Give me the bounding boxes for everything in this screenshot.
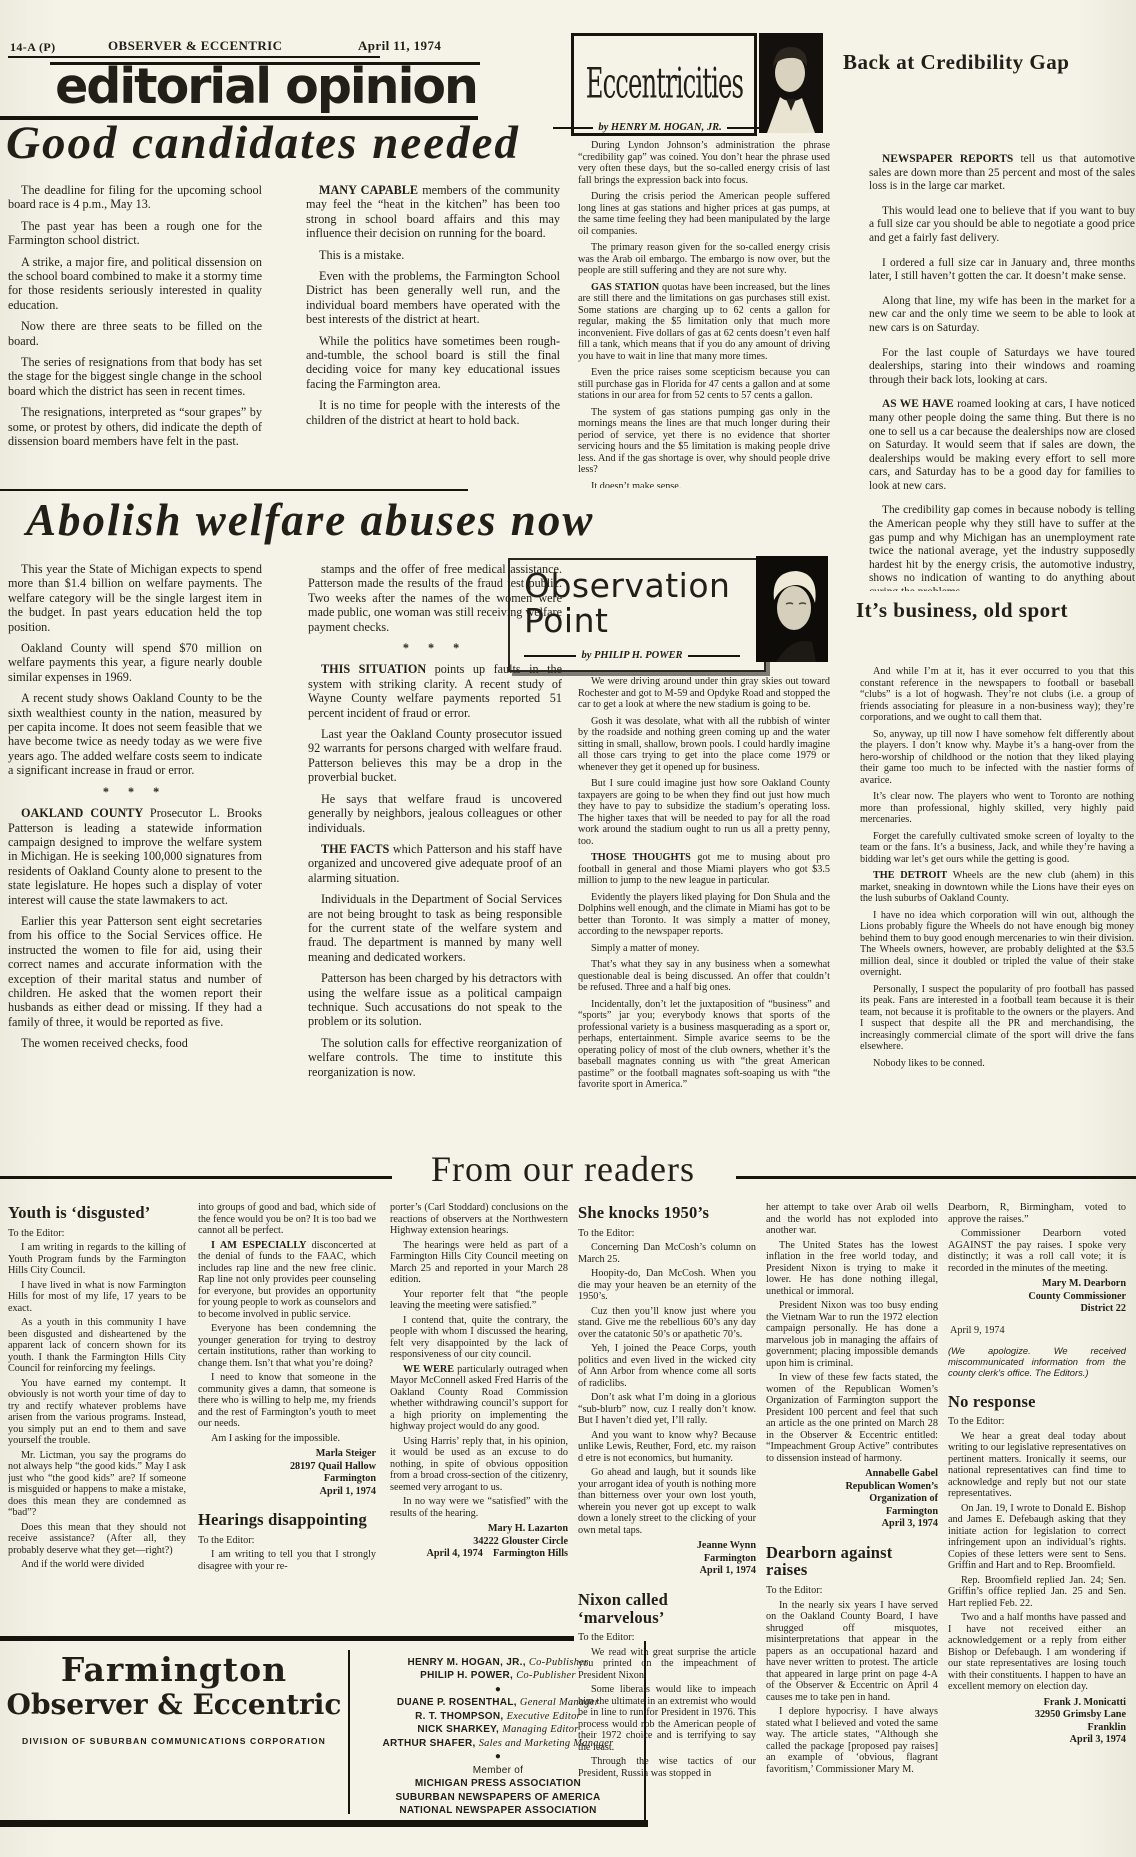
- masthead-logo-line1: Farmington: [6, 1652, 342, 1688]
- paragraph: Two and a half months have passed and I …: [948, 1612, 1126, 1693]
- paragraph: On Jan. 19, I wrote to Donald E. Bishop …: [948, 1503, 1126, 1572]
- letter-body: her attempt to take over Arab oil wells …: [766, 1202, 938, 1464]
- signature-line: Annabelle Gabel: [766, 1468, 938, 1480]
- paragraph: Rep. Broomfield replied Jan. 24; Sen. Gr…: [948, 1575, 1126, 1610]
- signature-line: Jeanne Wynn: [578, 1540, 756, 1552]
- eccentricities-logo-text: Eccentricities: [585, 60, 742, 108]
- paragraph: Cuz then you’ll know just where you stan…: [578, 1306, 756, 1341]
- letter-body: into groups of good and bad, which side …: [198, 1202, 376, 1444]
- masthead-division-line: DIVISION OF SUBURBAN COMMUNICATIONS CORP…: [6, 1736, 342, 1746]
- paragraph: I am writing in regards to the killing o…: [8, 1242, 186, 1277]
- paragraph: He says that welfare fraud is uncovered …: [308, 792, 562, 835]
- paragraph: Earlier this year Patterson sent eight s…: [8, 914, 262, 1029]
- paragraph: To the Editor:: [198, 1535, 376, 1547]
- paragraph: That’s what they say in any business whe…: [578, 959, 830, 994]
- signature-line: Farmington: [578, 1553, 756, 1565]
- paragraph: It doesn’t make sense.: [578, 481, 830, 489]
- signature-line: District 22: [948, 1303, 1126, 1315]
- letters-column-2: into groups of good and bad, which side …: [198, 1202, 376, 1632]
- paragraph: During the crisis period the American pe…: [578, 191, 830, 237]
- paragraph: THE DETROIT Wheels are the new club (ahe…: [860, 870, 1134, 905]
- editorial-headline-welfare: Abolish welfare abuses now: [26, 494, 594, 546]
- letter-title-fifties: She knocks 1950’s: [578, 1204, 756, 1222]
- paragraph: To the Editor:: [8, 1228, 186, 1240]
- paragraph: NEWSPAPER REPORTS tell us that automotiv…: [869, 153, 1135, 194]
- newspaper-page: 14-A (P) OBSERVER & ECCENTRIC April 11, …: [0, 0, 1136, 1857]
- signature-line: 32950 Grimsby Lane: [948, 1709, 1126, 1721]
- paragraph: MANY CAPABLE members of the community ma…: [306, 183, 560, 241]
- letter-body: To the Editor:Concerning Dan McCosh’s co…: [578, 1228, 756, 1537]
- letter-body: To the Editor:We hear a great deal today…: [948, 1416, 1126, 1693]
- letter-body: To the Editor:I am writing in regards to…: [8, 1228, 186, 1571]
- page-number: 14-A (P): [10, 40, 56, 55]
- paragraph: During Lyndon Johnson’s administration t…: [578, 140, 830, 186]
- portrait-illustration: [759, 33, 823, 133]
- paragraph: Gosh it was desolate, what with all the …: [578, 716, 830, 774]
- paragraph: NATIONAL NEWSPAPER ASSOCIATION: [356, 1805, 640, 1816]
- paragraph: ●: [356, 1751, 640, 1762]
- letter-title-youth: Youth is ‘disgusted’: [8, 1204, 186, 1222]
- paragraph: Oakland County will spend $70 million on…: [8, 641, 262, 684]
- paragraph: Last year the Oakland County prosecutor …: [308, 727, 562, 785]
- observation-logo-line1: Observation: [524, 568, 764, 603]
- paragraph: To the Editor:: [578, 1632, 756, 1644]
- paragraph: This is a mistake.: [306, 248, 560, 262]
- paragraph: SUBURBAN NEWSPAPERS OF AMERICA: [356, 1792, 640, 1803]
- paragraph: You have earned my contempt. It obviousl…: [8, 1378, 186, 1447]
- paragraph: Commissioner Dearborn voted AGAINST the …: [948, 1228, 1126, 1274]
- paragraph: To the Editor:: [578, 1228, 756, 1240]
- paragraph: Using Harris’ reply that, in his opinion…: [390, 1436, 568, 1494]
- paragraph: While the politics have sometimes been r…: [306, 334, 560, 392]
- paragraph: Dearborn, R, Birmingham, voted to approv…: [948, 1202, 1126, 1225]
- paragraph: Now there are three seats to be filled o…: [8, 319, 262, 348]
- paragraph: HENRY M. HOGAN, JR., Co-Publisher: [356, 1657, 640, 1668]
- paragraph: ARTHUR SHAFER, Sales and Marketing Manag…: [356, 1738, 640, 1749]
- paragraph: The women received checks, food: [8, 1036, 262, 1050]
- paragraph: GAS STATION quotas have been increased, …: [578, 282, 830, 363]
- paragraph: R. T. THOMPSON, Executive Editor: [356, 1711, 640, 1722]
- paragraph: The deadline for filing for the upcoming…: [8, 183, 262, 212]
- byline-rule: [688, 655, 740, 657]
- observation-column-1: We were driving around under thin gray s…: [578, 676, 830, 1106]
- good-candidates-column-2: MANY CAPABLE members of the community ma…: [306, 183, 560, 481]
- paragraph: her attempt to take over Arab oil wells …: [766, 1202, 938, 1237]
- signature-line: Franklin: [948, 1722, 1126, 1734]
- paragraph: In no way were we “satisfied” with the r…: [390, 1496, 568, 1519]
- paragraph: To the Editor:: [766, 1585, 938, 1597]
- paragraph: Does this mean that they should not rece…: [8, 1522, 186, 1557]
- paragraph: The series of resignations from that bod…: [8, 355, 262, 398]
- letters-column-3: porter’s (Carl Stoddard) conclusions on …: [390, 1202, 568, 1632]
- letter-title-nixon: Nixon called ‘marvelous’: [578, 1591, 756, 1627]
- observation-logo-line2: Point: [524, 603, 764, 638]
- eccentricities-column-1: During Lyndon Johnson’s administration t…: [578, 140, 830, 488]
- paragraph: I have no idea which corporation will wi…: [860, 910, 1134, 979]
- masthead-divider: [348, 1650, 350, 1814]
- signature-line: Marla Steiger: [198, 1448, 376, 1460]
- signature-line: April 3, 1974: [948, 1734, 1126, 1746]
- paragraph: Simply a matter of money.: [578, 943, 830, 955]
- welfare-column-1: This year the State of Michigan expects …: [8, 562, 262, 1140]
- paragraph: into groups of good and bad, which side …: [198, 1202, 376, 1237]
- paragraph: NICK SHARKEY, Managing Editor: [356, 1724, 640, 1735]
- letter-title-no-response: No response: [948, 1393, 1126, 1411]
- paragraph: This year the State of Michigan expects …: [8, 562, 262, 634]
- paragraph: Incidentally, don’t let the juxtapositio…: [578, 999, 830, 1091]
- paragraph: THOSE THOUGHTS got me to musing about pr…: [578, 852, 830, 887]
- paragraph: porter’s (Carl Stoddard) conclusions on …: [390, 1202, 568, 1237]
- byline-text: by PHILIP H. POWER: [581, 650, 682, 661]
- paragraph: The past year has been a rough one for t…: [8, 219, 262, 248]
- paragraph: Evidently the players liked playing for …: [578, 892, 830, 938]
- signature-line: County Commissioner: [948, 1291, 1126, 1303]
- letter-signature: Jeanne WynnFarmingtonApril 1, 1974: [578, 1540, 756, 1577]
- paper-name: OBSERVER & ECCENTRIC: [108, 38, 282, 54]
- paragraph: Along that line, my wife has been in the…: [869, 295, 1135, 336]
- paragraph: Even the price raises some scepticism be…: [578, 367, 830, 402]
- editorial-headline-good-candidates: Good candidates needed: [6, 116, 520, 170]
- paragraph: Individuals in the Department of Social …: [308, 892, 562, 964]
- paragraph: PHILIP H. POWER, Co-Publisher: [356, 1670, 640, 1681]
- paragraph: OAKLAND COUNTY Prosecutor L. Brooks Patt…: [8, 806, 262, 907]
- paragraph: THE FACTS which Patterson and his staff …: [308, 842, 562, 885]
- signature-line: 34222 Glouster Circle: [390, 1536, 568, 1548]
- signature-line: Frank J. Monicatti: [948, 1697, 1126, 1709]
- paragraph: ●: [356, 1684, 640, 1695]
- letter-signature: Mary H. Lazarton34222 Glouster CircleApr…: [390, 1523, 568, 1560]
- paragraph: The hearings were held as part of a Farm…: [390, 1240, 568, 1286]
- paragraph: * * *: [8, 785, 262, 799]
- signature-line: April 1, 1974: [198, 1486, 376, 1498]
- signature-line: Farmington: [766, 1506, 938, 1518]
- paragraph: I am writing to tell you that I strongly…: [198, 1549, 376, 1572]
- letters-column-5: her attempt to take over Arab oil wells …: [766, 1202, 938, 1857]
- paragraph: Mr. Lictman, you say the programs do not…: [8, 1450, 186, 1519]
- paragraph: A strike, a major fire, and political di…: [8, 255, 262, 313]
- paragraph: But I sure could imagine just how sore O…: [578, 778, 830, 847]
- portrait-illustration: [756, 556, 828, 662]
- paragraph: Yeh, I joined the Peace Corps, youth pol…: [578, 1343, 756, 1389]
- paragraph: And while I’m at it, has it ever occurre…: [860, 666, 1134, 724]
- paragraph: Even with the problems, the Farmington S…: [306, 269, 560, 327]
- paragraph: As a youth in this community I have been…: [8, 1317, 186, 1375]
- letter-title-hearings: Hearings disappointing: [198, 1511, 376, 1529]
- letter-title-dearborn: Dearborn against raises: [766, 1544, 938, 1580]
- paragraph: I AM ESPECIALLY disconcerted at the deni…: [198, 1240, 376, 1321]
- paragraph: A recent study shows Oakland County to b…: [8, 691, 262, 777]
- paragraph: Your reporter felt that “the people leav…: [390, 1289, 568, 1312]
- readers-section-heading: From our readers: [398, 1148, 728, 1190]
- signature-line: Mary M. Dearborn: [948, 1278, 1126, 1290]
- readers-rule-left: [0, 1176, 392, 1179]
- masthead-right-rule: [644, 1641, 646, 1823]
- byline-text: by HENRY M. HOGAN, JR.: [598, 122, 721, 133]
- hogan-byline: by HENRY M. HOGAN, JR.: [553, 122, 767, 133]
- editors-note: (We apologize. We received miscommunicat…: [948, 1345, 1126, 1379]
- paragraph: It is no time for people with the intere…: [306, 398, 560, 427]
- readers-rule-right: [736, 1176, 1136, 1179]
- power-byline: by PHILIP H. POWER: [524, 650, 740, 661]
- letter-signature: Mary M. DearbornCounty CommissionerDistr…: [948, 1278, 1126, 1315]
- hogan-photo: [759, 33, 823, 133]
- signature-line: April 4, 1974 Farmington Hills: [390, 1548, 568, 1560]
- masthead-logo-block: Farmington Observer & Eccentric DIVISION…: [6, 1652, 342, 1746]
- paragraph: The United States has the lowest inflati…: [766, 1240, 938, 1298]
- letter-signature: Frank J. Monicatti32950 Grimsby LaneFran…: [948, 1697, 1126, 1746]
- paragraph: I need to know that someone in the commu…: [198, 1372, 376, 1430]
- eccentricities-column-2: NEWSPAPER REPORTS tell us that automotiv…: [869, 153, 1135, 591]
- letter-signature: Annabelle GabelRepublican Women’sOrganiz…: [766, 1468, 938, 1530]
- welfare-top-rule: [0, 489, 468, 491]
- paragraph: Member of: [356, 1765, 640, 1776]
- paragraph: AS WE HAVE roamed looking at cars, I hav…: [869, 398, 1135, 493]
- masthead-bottom-rule: [0, 1820, 648, 1827]
- signature-line: Farmington: [198, 1473, 376, 1485]
- byline-rule: [524, 655, 576, 657]
- paragraph: So, anyway, up till now I have somehow f…: [860, 729, 1134, 787]
- byline-rule: [553, 127, 593, 129]
- paragraph: For the last couple of Saturdays we have…: [869, 347, 1135, 388]
- section-banner: editorial opinion: [54, 58, 478, 115]
- signature-line: 28197 Quail Hallow: [198, 1461, 376, 1473]
- paragraph: The system of gas stations pumping gas o…: [578, 407, 830, 476]
- paragraph: Go ahead and laugh, but it sounds like y…: [578, 1467, 756, 1536]
- masthead-top-rule: [0, 1636, 574, 1641]
- paragraph: And you want to know why? Because unlike…: [578, 1430, 756, 1465]
- letter-body: Dearborn, R, Birmingham, voted to approv…: [948, 1202, 1126, 1274]
- paragraph: It’s clear now. The players who went to …: [860, 791, 1134, 826]
- paragraph: I have lived in what is now Farmington H…: [8, 1280, 186, 1315]
- paragraph: WE WERE particularly outraged when Mayor…: [390, 1364, 568, 1433]
- letter-date-line: April 9, 1974: [948, 1325, 1126, 1337]
- issue-date: April 11, 1974: [358, 38, 441, 54]
- observation-headline: It’s business, old sport: [856, 598, 1068, 623]
- paragraph: MICHIGAN PRESS ASSOCIATION: [356, 1778, 640, 1789]
- paragraph: And if the world were divided: [8, 1559, 186, 1571]
- signature-line: April 3, 1974: [766, 1518, 938, 1530]
- paragraph: This would lead one to believe that if y…: [869, 205, 1135, 246]
- masthead-logo-line2: Observer & Eccentric: [6, 1688, 342, 1722]
- eccentricities-logo-box: Eccentricities: [571, 33, 757, 136]
- paragraph: I ordered a full size car in January and…: [869, 257, 1135, 284]
- paragraph: Patterson has been charged by his detrac…: [308, 971, 562, 1029]
- paragraph: I contend that, quite the contrary, the …: [390, 1315, 568, 1361]
- paragraph: The primary reason given for the so-call…: [578, 242, 830, 277]
- paragraph: Concerning Dan McCosh’s column on March …: [578, 1242, 756, 1265]
- letter-body: To the Editor:I am writing to tell you t…: [198, 1535, 376, 1573]
- good-candidates-column-1: The deadline for filing for the upcoming…: [8, 183, 262, 481]
- observation-column-2: And while I’m at it, has it ever occurre…: [860, 666, 1134, 1096]
- paragraph: In the nearly six years I have served on…: [766, 1600, 938, 1704]
- letters-column-6: Dearborn, R, Birmingham, voted to approv…: [948, 1202, 1126, 1814]
- eccentricities-headline: Back at Credibility Gap: [843, 50, 1069, 75]
- signature-line: April 1, 1974: [578, 1565, 756, 1577]
- paragraph: President Nixon was too busy ending the …: [766, 1300, 938, 1369]
- paragraph: Personally, I suspect the popularity of …: [860, 984, 1134, 1053]
- signature-line: Organization of: [766, 1493, 938, 1505]
- letters-column-1: Youth is ‘disgusted’ To the Editor:I am …: [8, 1202, 186, 1632]
- paragraph: We were driving around under thin gray s…: [578, 676, 830, 711]
- letter-body: To the Editor:In the nearly six years I …: [766, 1585, 938, 1775]
- paragraph: To the Editor:: [948, 1416, 1126, 1428]
- paragraph: Am I asking for the impossible.: [198, 1433, 376, 1445]
- paragraph: Everyone has been condemning the younger…: [198, 1323, 376, 1369]
- paragraph: We hear a great deal today about writing…: [948, 1431, 1126, 1500]
- paragraph: The solution calls for effective reorgan…: [308, 1036, 562, 1079]
- letter-signature: Marla Steiger28197 Quail HallowFarmingto…: [198, 1448, 376, 1497]
- paragraph: Don’t ask what I’m doing in a glorious “…: [578, 1392, 756, 1427]
- letter-body: porter’s (Carl Stoddard) conclusions on …: [390, 1202, 568, 1519]
- paragraph: The resignations, interpreted as “sour g…: [8, 405, 262, 448]
- paragraph: Hoopity-do, Dan McCosh. When you die may…: [578, 1268, 756, 1303]
- paragraph: In view of these few facts stated, the w…: [766, 1372, 938, 1464]
- power-photo: [756, 556, 828, 662]
- paragraph: I deplore hypocrisy. I have always state…: [766, 1706, 938, 1775]
- paragraph: The credibility gap comes in because nob…: [869, 504, 1135, 591]
- paragraph: DUANE P. ROSENTHAL, General Manager: [356, 1697, 640, 1708]
- masthead-staff-list: HENRY M. HOGAN, JR., Co-PublisherPHILIP …: [356, 1654, 640, 1819]
- signature-line: Republican Women’s: [766, 1481, 938, 1493]
- signature-line: Mary H. Lazarton: [390, 1523, 568, 1535]
- paragraph: Nobody likes to be conned.: [860, 1058, 1134, 1070]
- paragraph: Forget the carefully cultivated smoke sc…: [860, 831, 1134, 866]
